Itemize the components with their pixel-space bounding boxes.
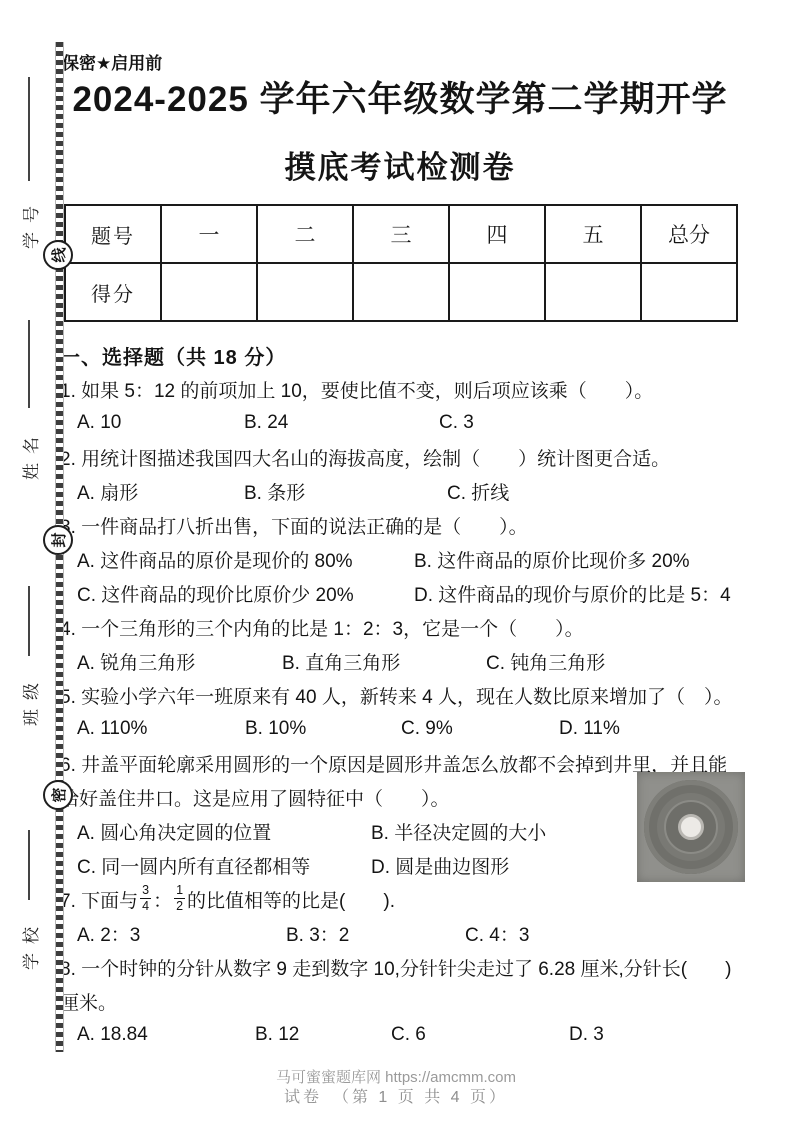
question-3-options-cd: C. 这件商品的现价比原价少 20% D. 这件商品的现价与原价的比是 5：4 xyxy=(60,576,752,610)
score-cell-2 xyxy=(257,263,353,321)
option-5c: C. 9% xyxy=(401,718,559,740)
question-2-options: A. 扇形 B. 条形 C. 折线 xyxy=(60,474,752,508)
option-7c: C. 4：3 xyxy=(465,920,529,947)
score-table-header-cell: 题号 xyxy=(65,205,161,263)
section-title: 一、选择题（共 18 分） xyxy=(60,338,752,372)
seal-field-name: 姓名 xyxy=(17,320,41,480)
fraction-denominator: 2 xyxy=(176,899,183,913)
questions-body: 一、选择题（共 18 分） 1. 如果 5：12 的前项加上 10，要使比值不变… xyxy=(60,338,752,1052)
option-1a: A. 10 xyxy=(77,412,244,434)
option-3d: D. 这件商品的现价与原价的比是 5：4 xyxy=(414,580,731,607)
option-2a: A. 扇形 xyxy=(77,478,244,505)
option-5b: B. 10% xyxy=(245,718,401,740)
option-6b: B. 半径决定圆的大小 xyxy=(371,818,546,845)
option-4b: B. 直角三角形 xyxy=(282,648,486,675)
seal-field-class: 班级 xyxy=(17,586,41,726)
question-7-prefix: 7. 下面与 xyxy=(60,886,138,913)
option-8a: A. 18.84 xyxy=(77,1024,255,1046)
score-table: 题号 一 二 三 四 五 总分 得分 xyxy=(64,204,738,322)
option-7a: A. 2：3 xyxy=(77,920,286,947)
score-row-label: 得分 xyxy=(65,263,161,321)
question-8-options: A. 18.84 B. 12 C. 6 D. 3 xyxy=(60,1018,752,1052)
fraction-one-half: 1 2 xyxy=(174,884,185,913)
question-8-text-line2: 厘米。 xyxy=(60,984,752,1018)
seal-char-feng: 封 xyxy=(43,525,73,555)
question-7-ratio-colon: ： xyxy=(153,886,172,913)
score-table-header-cell: 五 xyxy=(545,205,641,263)
option-2b: B. 条形 xyxy=(244,478,447,505)
option-1b: B. 24 xyxy=(244,412,439,434)
seal-char-xian-text: 线 xyxy=(48,248,69,263)
score-table-header-cell: 三 xyxy=(353,205,449,263)
question-1-options: A. 10 B. 24 C. 3 xyxy=(60,406,752,440)
seal-blank-line-student-id xyxy=(28,77,30,181)
score-cell-5 xyxy=(545,263,641,321)
score-cell-1 xyxy=(161,263,257,321)
exam-paper-page: 学号 线 姓名 封 班级 密 学校 保密★启用前 2024-2025 学年六年级… xyxy=(0,0,792,1122)
score-cell-6 xyxy=(641,263,737,321)
option-3b: B. 这件商品的原价比现价多 20% xyxy=(414,546,690,573)
secrecy-notice: 保密★启用前 xyxy=(62,49,162,74)
seal-label-name: 姓名 xyxy=(17,428,42,480)
footer-page-number: 试卷 （第 1 页 共 4 页） xyxy=(0,1084,792,1107)
seal-char-xian: 线 xyxy=(43,240,73,270)
score-table-header-cell: 总分 xyxy=(641,205,737,263)
option-5d: D. 11% xyxy=(559,718,620,740)
seal-field-student-id: 学号 xyxy=(17,77,41,249)
option-5a: A. 110% xyxy=(77,718,245,740)
option-4c: C. 钝角三角形 xyxy=(486,648,605,675)
seal-char-feng-text: 封 xyxy=(48,533,69,548)
question-7-text: 7. 下面与 3 4 ： 1 2 的比值相等的比是( ). xyxy=(60,882,752,916)
question-2-text: 2. 用统计图描述我国四大名山的海拔高度，绘制（ ）统计图更合适。 xyxy=(60,440,752,474)
score-table-header-cell: 四 xyxy=(449,205,545,263)
option-4a: A. 锐角三角形 xyxy=(77,648,282,675)
exam-title-line2: 摸底考试检测卷 xyxy=(60,142,740,187)
seal-blank-line-class xyxy=(28,586,30,656)
option-8d: D. 3 xyxy=(569,1024,604,1046)
option-7b: B. 3：2 xyxy=(286,920,465,947)
question-7-suffix: 的比值相等的比是( ). xyxy=(187,886,395,913)
option-6d: D. 圆是曲边图形 xyxy=(371,852,509,879)
score-cell-3 xyxy=(353,263,449,321)
question-1-text: 1. 如果 5：12 的前项加上 10，要使比值不变，则后项应该乘（ ）。 xyxy=(60,372,752,406)
option-1c: C. 3 xyxy=(439,412,474,434)
score-table-header-cell: 一 xyxy=(161,205,257,263)
seal-blank-line-school xyxy=(28,830,30,900)
option-8b: B. 12 xyxy=(255,1024,391,1046)
seal-blank-line-name xyxy=(28,320,30,408)
question-8-text-line1: 8. 一个时钟的分针从数字 9 走到数字 10,分针针尖走过了 6.28 厘米,… xyxy=(60,950,752,984)
manhole-disc xyxy=(644,780,738,874)
seal-label-student-id: 学号 xyxy=(17,197,42,249)
question-3-options-ab: A. 这件商品的原价是现价的 80% B. 这件商品的原价比现价多 20% xyxy=(60,542,752,576)
option-8c: C. 6 xyxy=(391,1024,569,1046)
exam-title-line1: 2024-2025 学年六年级数学第二学期开学 xyxy=(60,72,740,122)
seal-label-school: 学校 xyxy=(17,918,42,970)
seal-char-mi-text: 密 xyxy=(48,788,69,803)
option-2c: C. 折线 xyxy=(447,478,509,505)
fraction-denominator: 4 xyxy=(142,899,149,913)
option-6c: C. 同一圆内所有直径都相等 xyxy=(77,852,371,879)
question-4-text: 4. 一个三角形的三个内角的比是 1：2：3，它是一个（ ）。 xyxy=(60,610,752,644)
fraction-numerator: 1 xyxy=(174,884,185,899)
manhole-cover-image xyxy=(637,772,745,882)
seal-char-mi: 密 xyxy=(43,780,73,810)
manhole-inner-ring xyxy=(664,800,718,854)
score-table-header-row: 题号 一 二 三 四 五 总分 xyxy=(65,205,737,263)
question-5-text: 5. 实验小学六年一班原来有 40 人，新转来 4 人，现在人数比原来增加了（ … xyxy=(60,678,752,712)
question-5-options: A. 110% B. 10% C. 9% D. 11% xyxy=(60,712,752,746)
question-3-text: 3. 一件商品打八折出售，下面的说法正确的是（ ）。 xyxy=(60,508,752,542)
score-table-header-cell: 二 xyxy=(257,205,353,263)
question-4-options: A. 锐角三角形 B. 直角三角形 C. 钝角三角形 xyxy=(60,644,752,678)
seal-label-class: 班级 xyxy=(17,674,42,726)
seal-field-school: 学校 xyxy=(17,830,41,970)
question-7-options: A. 2：3 B. 3：2 C. 4：3 xyxy=(60,916,752,950)
fraction-three-fourths: 3 4 xyxy=(140,884,151,913)
option-3c: C. 这件商品的现价比原价少 20% xyxy=(77,580,414,607)
score-table-score-row: 得分 xyxy=(65,263,737,321)
fraction-numerator: 3 xyxy=(140,884,151,899)
score-cell-4 xyxy=(449,263,545,321)
option-6a: A. 圆心角决定圆的位置 xyxy=(77,818,371,845)
option-3a: A. 这件商品的原价是现价的 80% xyxy=(77,546,414,573)
manhole-center-cap xyxy=(678,814,704,840)
